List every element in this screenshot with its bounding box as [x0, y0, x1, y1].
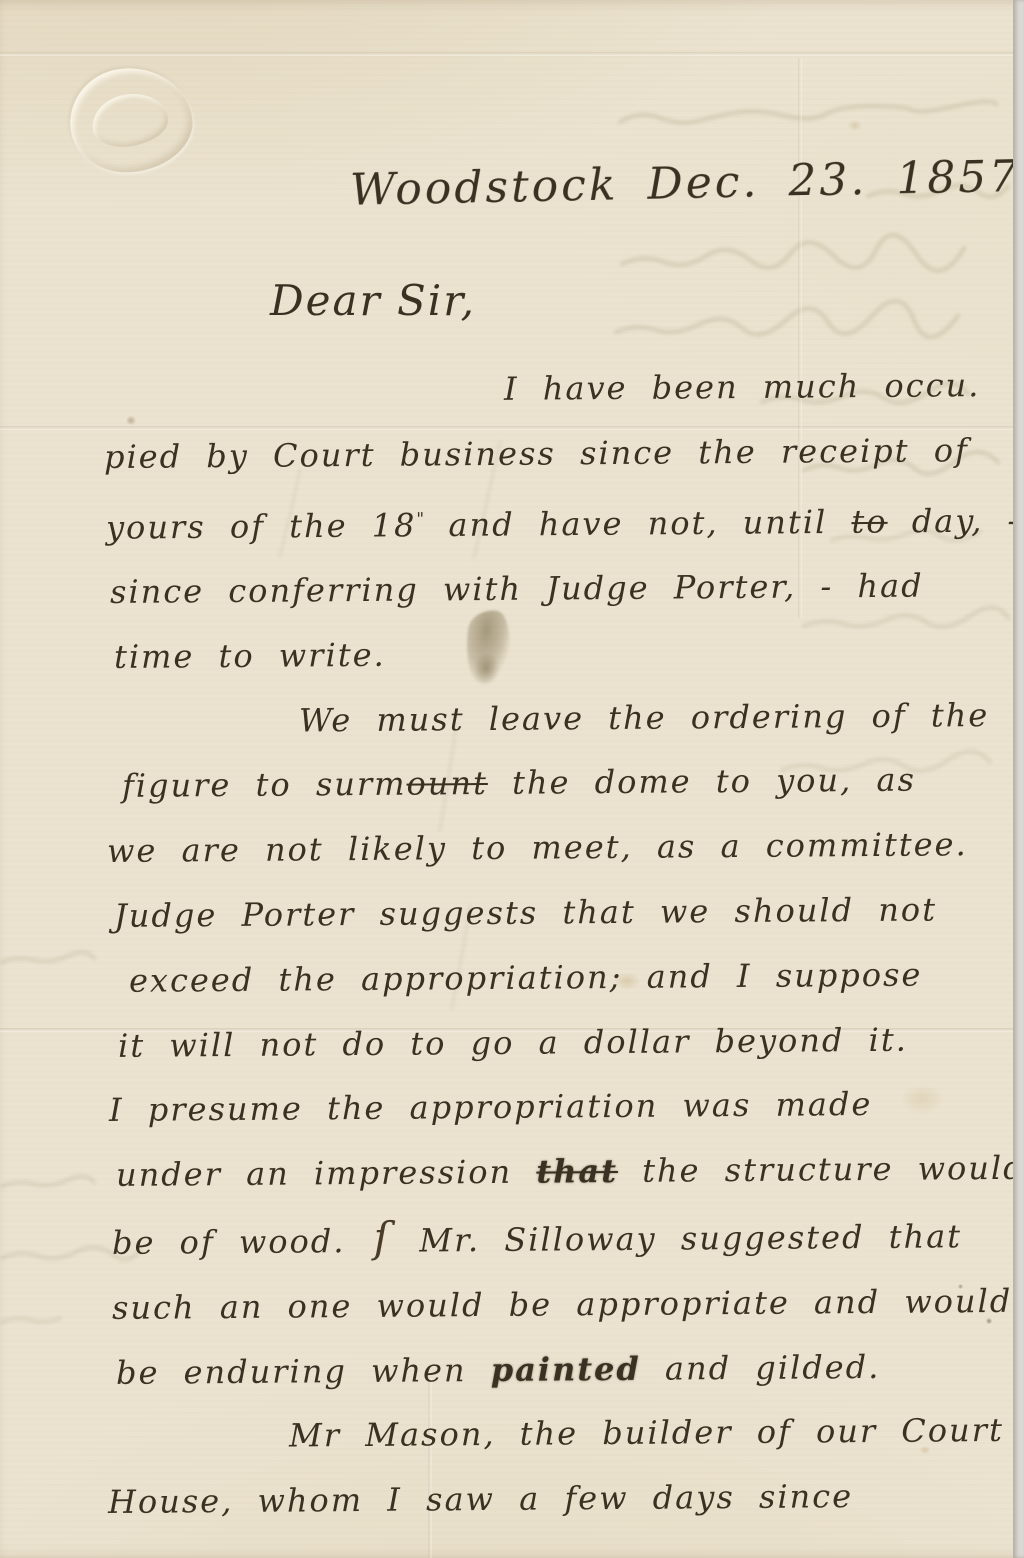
manuscript-text: time to write.: [114, 636, 386, 676]
manuscript-line: such an one would be appropriate and wou…: [104, 1269, 1000, 1341]
manuscript-line: we are not likely to meet, as a committe…: [104, 812, 1000, 884]
manuscript-line: it will not do to go a dollar beyond it.: [104, 1007, 1000, 1079]
fold-crease-top: [0, 52, 1024, 56]
manuscript-line: I presume the appropriation was made: [104, 1071, 1000, 1143]
manuscript-text: We must leave the ordering of the: [299, 696, 990, 739]
letter-page: Woodstock Dec. 23. 1857 Dear Sir, I have…: [0, 0, 1024, 1558]
manuscript-line: House, whom I saw a few days since: [104, 1463, 1000, 1535]
paper-stain: [848, 120, 862, 131]
manuscript-text: day, -: [887, 501, 1020, 540]
manuscript-text: exceed the appropriation; and I suppose: [129, 955, 923, 999]
manuscript-text: ſ: [373, 1213, 391, 1262]
manuscript-text: the dome to you, as: [488, 761, 916, 802]
manuscript-text: figure to surm: [122, 765, 407, 805]
scan-edge: [1013, 0, 1024, 1558]
manuscript-text: painted: [491, 1349, 641, 1388]
manuscript-text: that: [536, 1152, 618, 1191]
manuscript-text: ount: [406, 764, 488, 803]
manuscript-text: House, whom I saw a few days since: [108, 1477, 853, 1521]
manuscript-text: and gilded.: [641, 1348, 881, 1388]
manuscript-line: be enduring when painted and gilded.: [104, 1334, 1000, 1406]
manuscript-text: since conferring with Judge Porter, - ha…: [110, 567, 924, 611]
letter-body: I have been much occu.pied by Court busi…: [104, 360, 1000, 1535]
manuscript-text: it will not do to go a dollar beyond it.: [118, 1020, 908, 1064]
manuscript-text: to: [851, 502, 887, 540]
manuscript-text: such an one would be appropriate and wou…: [112, 1282, 1013, 1327]
manuscript-text: we are not likely to meet, as a committe…: [107, 825, 968, 870]
manuscript-line: time to write.: [104, 618, 1000, 690]
manuscript-text: yours of the 18: [106, 506, 417, 546]
manuscript-line: under an impression that the structure w…: [104, 1136, 1000, 1208]
manuscript-line: yours of the 18" and have not, until to …: [104, 483, 1001, 560]
manuscript-text: under an impression: [116, 1153, 537, 1194]
manuscript-line: since conferring with Judge Porter, - ha…: [104, 553, 1000, 625]
manuscript-text: Mr. Silloway suggested that: [395, 1217, 962, 1259]
manuscript-text: be enduring when: [116, 1351, 491, 1392]
manuscript-text: Mr Mason, the builder of our Court: [289, 1411, 1004, 1455]
manuscript-line: be of wood. ſ Mr. Silloway suggested tha…: [104, 1201, 1001, 1276]
manuscript-line: Judge Porter suggests that we should not: [104, 877, 1000, 949]
manuscript-line: pied by Court business since the receipt…: [104, 418, 1000, 490]
manuscript-text: and have not, until: [424, 502, 851, 543]
manuscript-line: figure to surmount the dome to you, as: [104, 747, 1000, 819]
manuscript-text: I presume the appropriation was made: [109, 1085, 873, 1129]
manuscript-line: We must leave the ordering of the: [104, 683, 1000, 755]
manuscript-line: exceed the appropriation; and I suppose: [104, 942, 1000, 1014]
manuscript-text: pied by Court business since the receipt…: [104, 431, 969, 476]
manuscript-line: I have been much occu.: [104, 353, 1000, 425]
manuscript-line: Mr Mason, the builder of our Court: [104, 1398, 1000, 1470]
manuscript-text: I have been much occu.: [504, 366, 981, 408]
salutation: Dear Sir,: [270, 276, 476, 325]
manuscript-text: Judge Porter suggests that we should not: [114, 890, 937, 934]
manuscript-text: the structure would: [618, 1149, 1024, 1190]
manuscript-text: be of wood.: [112, 1222, 370, 1262]
